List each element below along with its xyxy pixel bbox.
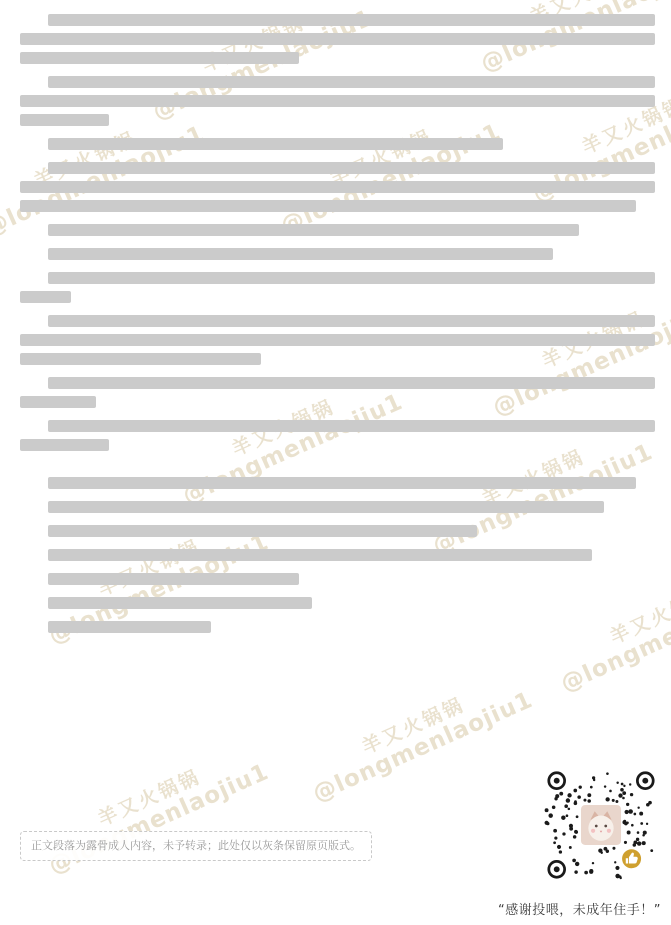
cat-avatar <box>581 805 621 845</box>
redacted-text-line <box>20 396 96 408</box>
paragraph-redacted <box>20 477 655 489</box>
redacted-text-line <box>20 291 71 303</box>
redacted-text-line <box>48 224 579 236</box>
watermark-title: 羊又火锅锅 <box>301 670 526 785</box>
watermark: 羊又火锅锅@longmenlaojiu1 <box>301 670 536 807</box>
redacted-text-line <box>48 272 655 284</box>
redacted-text-line <box>20 439 109 451</box>
redaction-note: 正文段落为露骨成人内容，未予转录；此处仅以灰条保留原页版式。 <box>20 831 372 862</box>
paragraph-redacted <box>20 76 655 126</box>
paragraph-redacted <box>20 525 655 537</box>
paragraph-redacted <box>20 621 655 633</box>
redacted-text-line <box>48 573 299 585</box>
paragraph-redacted <box>20 573 655 585</box>
paragraph-redacted <box>20 377 655 408</box>
redacted-text-line <box>20 200 636 212</box>
redacted-text-line <box>48 420 655 432</box>
redacted-text-line <box>20 52 299 64</box>
redacted-text-line <box>48 162 655 174</box>
redacted-text-line <box>20 334 655 346</box>
paragraph-redacted <box>20 597 655 609</box>
paragraph-redacted <box>20 162 655 212</box>
paragraph-redacted <box>20 315 655 365</box>
redacted-text-line <box>48 138 503 150</box>
paragraph-redacted <box>20 549 655 561</box>
story-text-redacted <box>20 14 655 645</box>
redacted-text-line <box>48 248 553 260</box>
redacted-text-line <box>20 114 109 126</box>
qr-code-graphic <box>543 767 659 883</box>
redacted-text-line <box>48 501 604 513</box>
redacted-text-line <box>48 377 655 389</box>
paragraph-redacted <box>20 138 655 150</box>
watermark-handle: @longmenlaojiu1 <box>309 688 536 807</box>
paragraph-redacted <box>20 14 655 64</box>
redacted-text-line <box>20 95 655 107</box>
footer-warning: “感谢投喂，未成年住手！” <box>498 899 661 918</box>
qr-code <box>543 767 659 883</box>
redacted-text-line <box>48 621 211 633</box>
paragraph-redacted <box>20 248 655 260</box>
redacted-text-line <box>20 33 655 45</box>
redacted-text-line <box>48 525 477 537</box>
redacted-text-line <box>48 315 655 327</box>
redacted-text-line <box>48 597 312 609</box>
redacted-text-line <box>48 14 655 26</box>
redacted-text-line <box>20 353 261 365</box>
paragraph-redacted <box>20 420 655 451</box>
redacted-text-line <box>20 181 655 193</box>
paragraph-redacted <box>20 224 655 236</box>
paragraph-redacted <box>20 501 655 513</box>
redacted-text-line <box>48 477 636 489</box>
thumbs-up-badge <box>621 848 642 869</box>
redacted-text-line <box>48 76 655 88</box>
paragraph-redacted <box>20 272 655 303</box>
redacted-text-line <box>48 549 592 561</box>
